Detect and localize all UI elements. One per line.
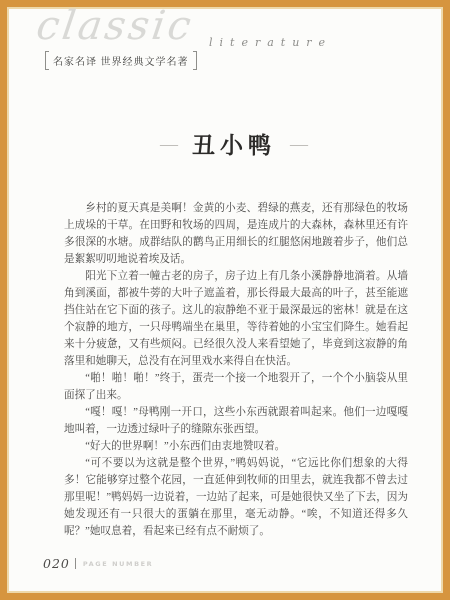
chapter-title-row: — 丑小鸭 —: [9, 127, 450, 160]
series-label-right-bracket: [193, 51, 197, 70]
title-dash-right: —: [290, 134, 308, 154]
story-paragraph: 乡村的夏天真是美啊！金黄的小麦、碧绿的燕麦，还有那绿色的牧场上成垛的干草。在田野…: [64, 200, 408, 268]
title-dash-left: —: [160, 134, 178, 154]
story-paragraph: “啪！啪！啪！”终于，蛋壳一个接一个地裂开了，一个个小脑袋从里面探了出来。: [64, 370, 408, 404]
header-script-classic: classic: [34, 3, 197, 49]
story-paragraph: “嘎！嘎！”母鸭刚一开口，这些小东西就跟着叫起来。他们一边嘎嘎地叫着，一边透过绿…: [64, 404, 408, 438]
book-page-frame: classic literature 名家名译 世界经典文学名著 — 丑小鸭 —…: [0, 0, 450, 600]
book-page: classic literature 名家名译 世界经典文学名著 — 丑小鸭 —…: [7, 7, 443, 593]
story-paragraph: “好大的世界啊！”小东西们由衷地赞叹着。: [64, 438, 408, 455]
page-footer: 020 PAGE NUMBER: [43, 556, 153, 571]
footer-divider: [75, 558, 76, 569]
header-script-literature: literature: [209, 36, 332, 49]
chapter-title: 丑小鸭: [192, 127, 276, 160]
story-paragraph: 阳光下立着一幢古老的房子，房子边上有几条小溪静静地淌着。从墙角到溪面，都被牛蒡的…: [64, 268, 408, 370]
series-label: 名家名译 世界经典文学名著: [45, 51, 197, 70]
series-label-text: 名家名译 世界经典文学名著: [49, 51, 193, 70]
footer-caption: PAGE NUMBER: [83, 560, 153, 568]
story-body: 乡村的夏天真是美啊！金黄的小麦、碧绿的燕麦，还有那绿色的牧场上成垛的干草。在田野…: [64, 200, 408, 540]
story-paragraph: “可不要以为这就是整个世界，”鸭妈妈说，“它远比你们想象的大得多！它能够穿过整个…: [64, 455, 408, 540]
page-number: 020: [43, 556, 70, 571]
